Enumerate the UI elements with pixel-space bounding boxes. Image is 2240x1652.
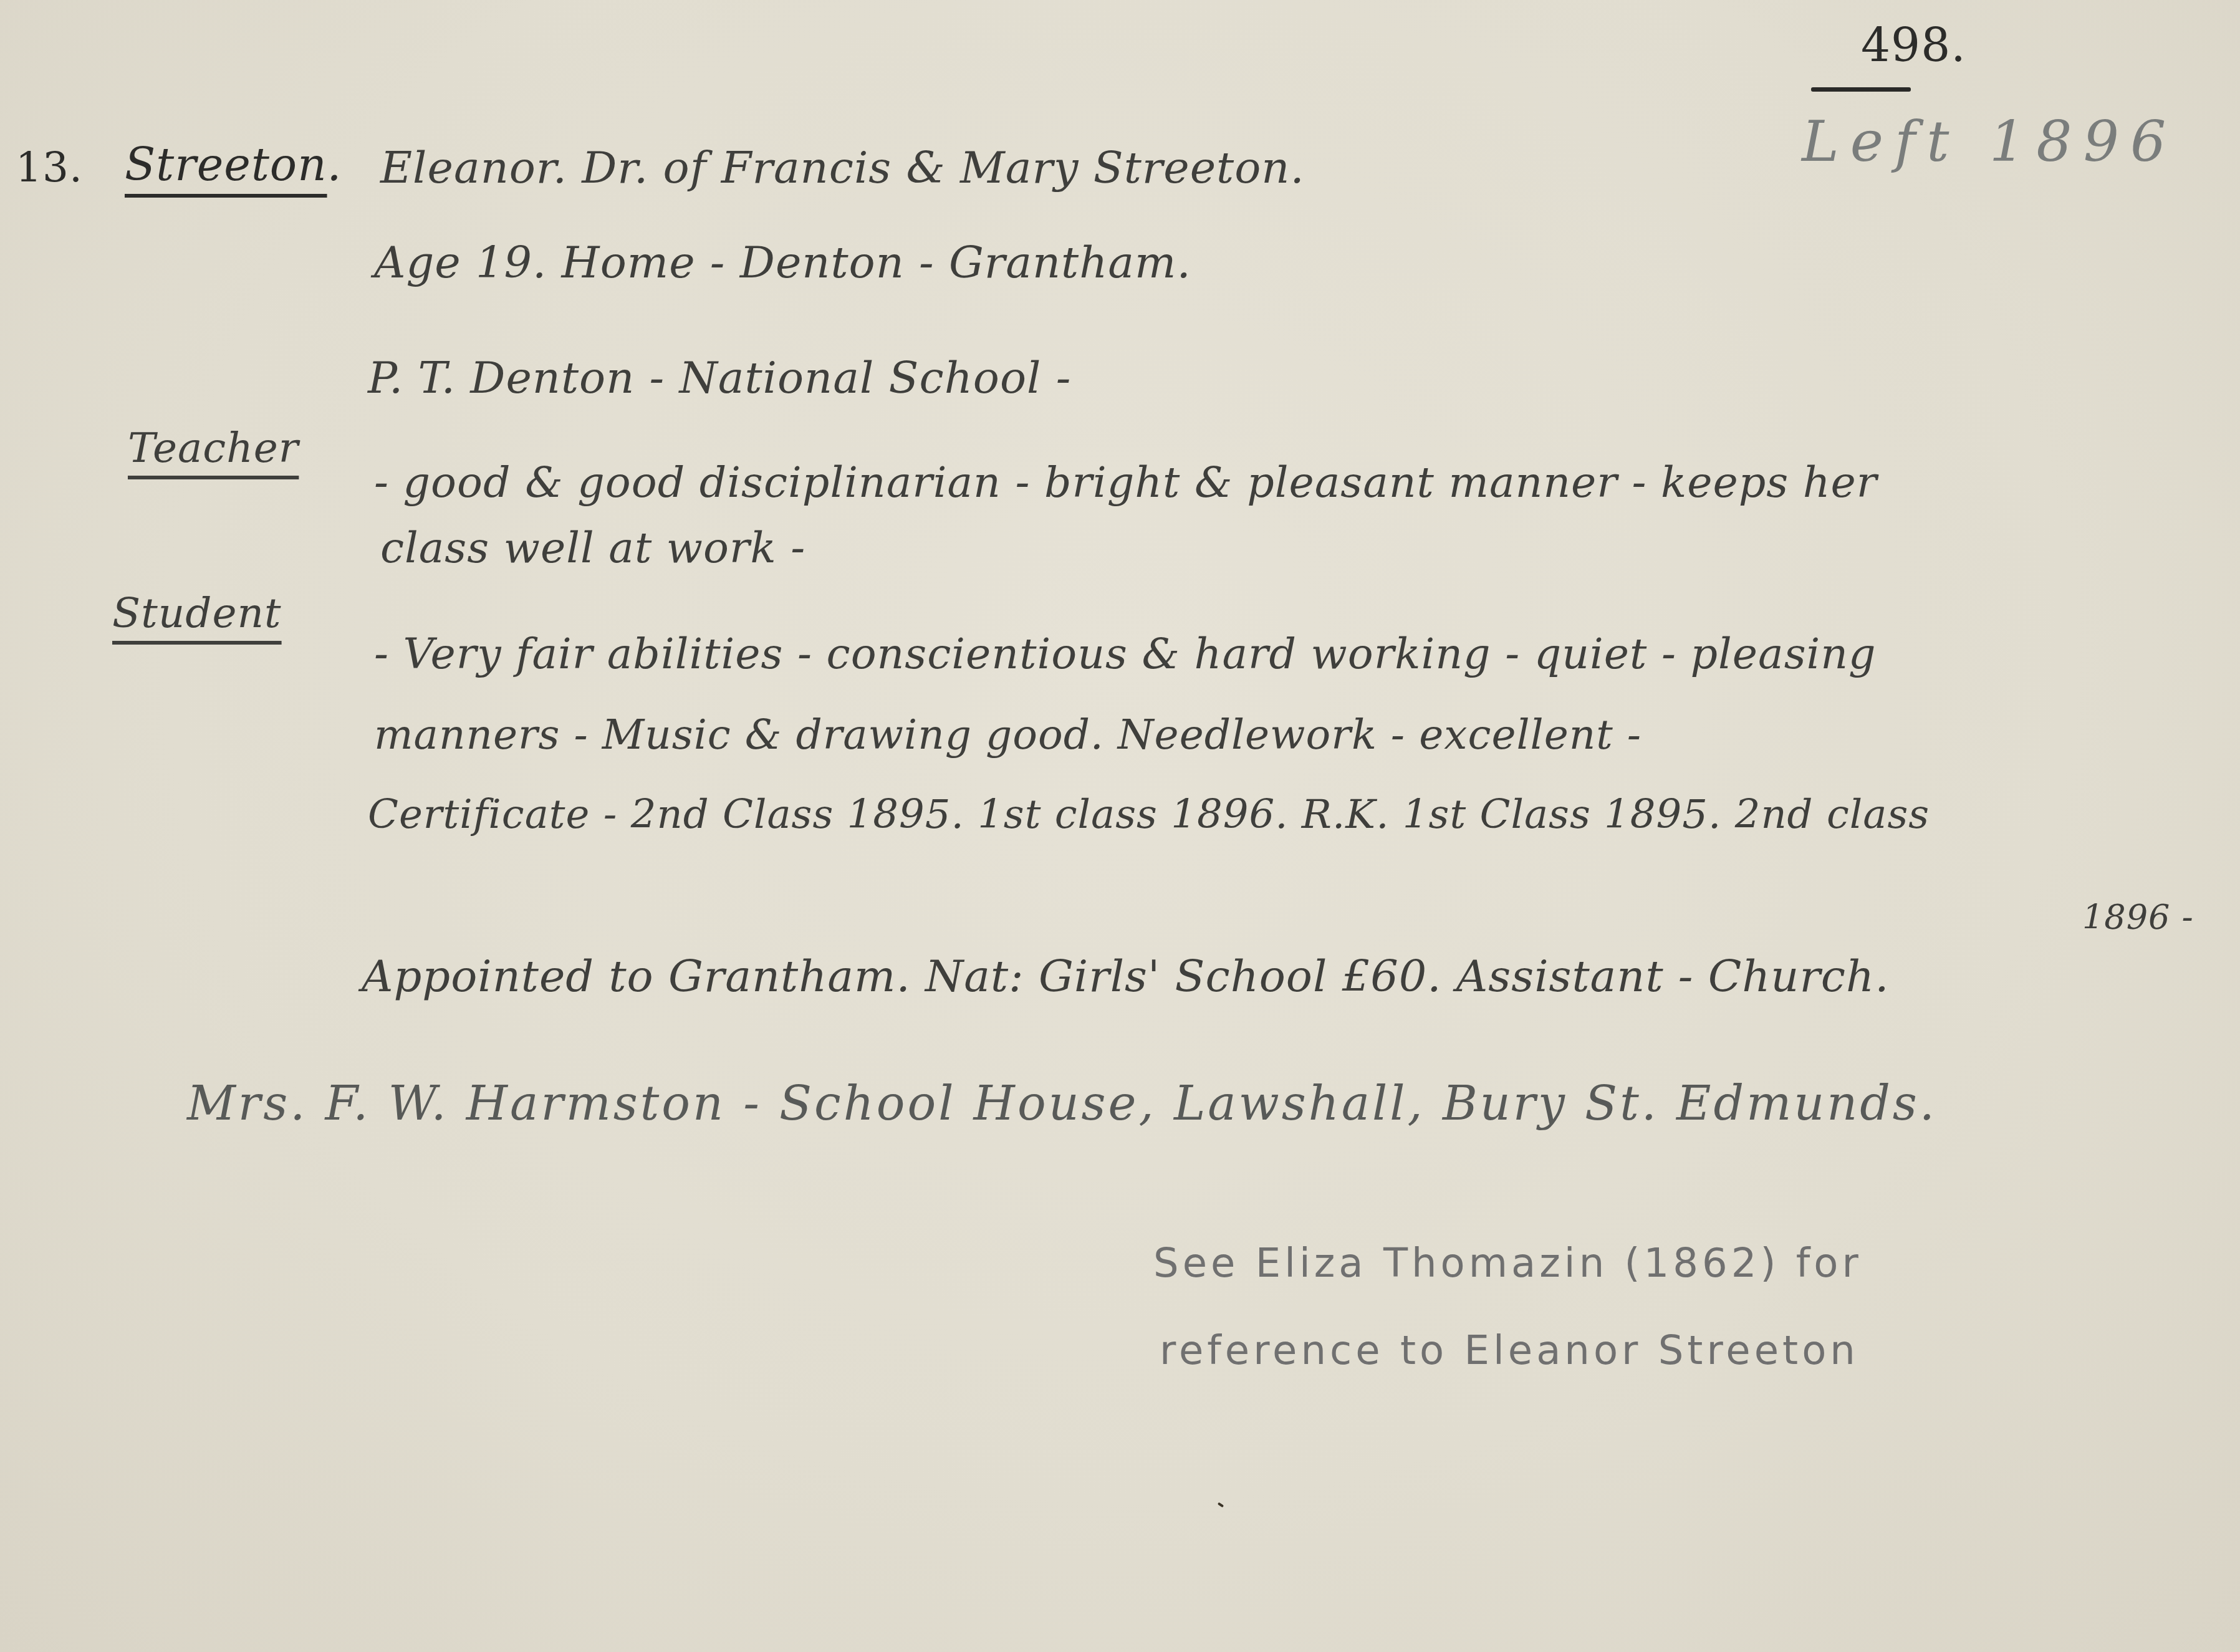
- surname: Streeton: [125, 138, 327, 191]
- surname-heading: Streeton.: [125, 138, 342, 191]
- age-home-line: Age 19. Home - Denton - Grantham.: [374, 237, 1191, 288]
- page-number: 498.: [1861, 19, 1966, 72]
- paper-speck: [1218, 1502, 1224, 1507]
- later-address-line: Mrs. F. W. Harmston - School House, Laws…: [187, 1075, 1937, 1131]
- student-remarks-line-2: manners - Music & drawing good. Needlewo…: [374, 711, 1642, 759]
- teacher-label: Teacher: [128, 424, 299, 472]
- entry-number: 13.: [16, 143, 83, 191]
- certificate-line-continuation: 1896 -: [2082, 898, 2194, 937]
- left-year-annotation: Left 1896: [1802, 109, 2177, 175]
- teacher-remarks-line-2: class well at work -: [380, 524, 805, 573]
- pencil-note-line-1: See Eliza Thomazin (1862) for: [1153, 1241, 1862, 1287]
- student-label: Student: [112, 589, 282, 637]
- pencil-note-line-2: reference to Eleanor Streeton: [1160, 1328, 1859, 1374]
- student-remarks-line-1: - Very fair abilities - conscientious & …: [374, 630, 1877, 679]
- parentage-line: Eleanor. Dr. of Francis & Mary Streeton.: [380, 142, 1305, 193]
- pupil-teacher-line: P. T. Denton - National School -: [368, 352, 1071, 403]
- certificate-line: Certificate - 2nd Class 1895. 1st class …: [368, 792, 1930, 838]
- page-number-underline: [1811, 87, 1911, 92]
- appointment-line: Appointed to Grantham. Nat: Girls' Schoo…: [362, 951, 1889, 1002]
- surname-suffix: .: [327, 138, 342, 191]
- teacher-remarks-line-1: - good & good disciplinarian - bright & …: [374, 458, 1877, 507]
- register-page: 498. Left 1896 13. Streeton. Eleanor. Dr…: [0, 0, 2240, 1652]
